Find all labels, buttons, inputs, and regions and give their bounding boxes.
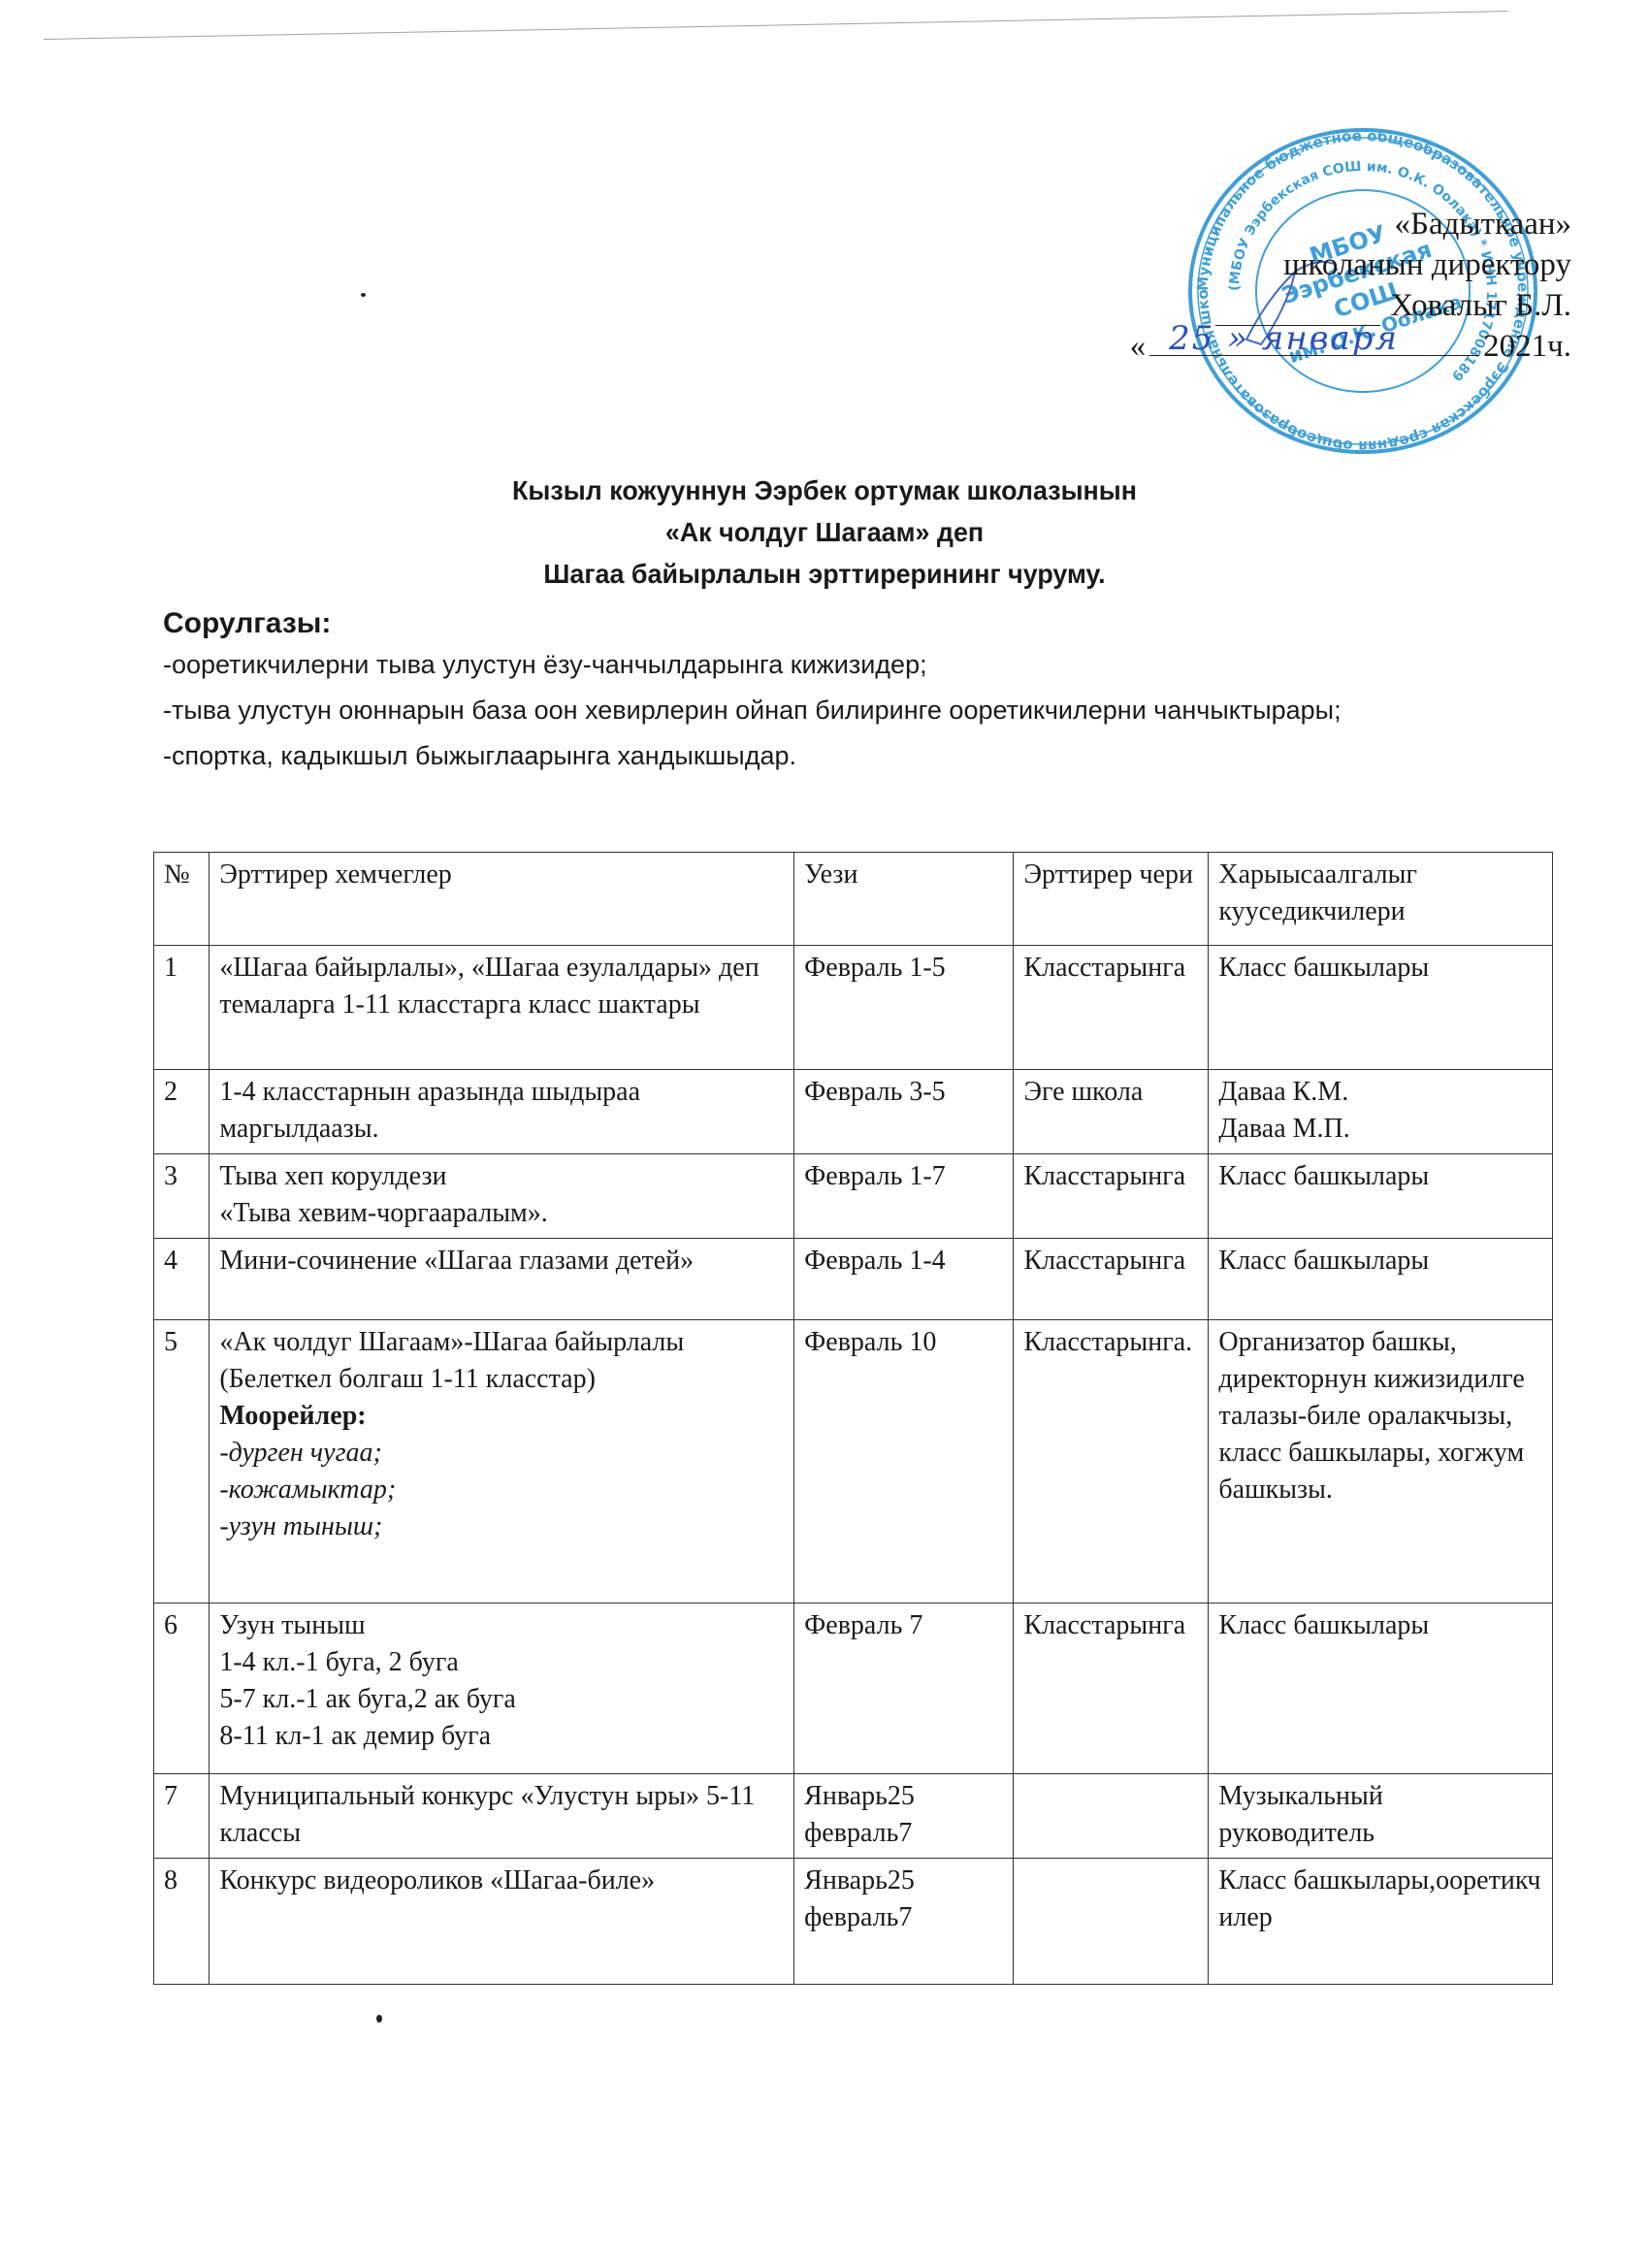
goal-item: -спортка, кадыкшыл быжыглаарынга хандыкш… (163, 735, 1521, 776)
approval-date: « 25 » января 2021ч. (1130, 326, 1571, 367)
responsible-cell: Класс башкылары (1209, 1604, 1553, 1774)
handwritten-date: 25 » января (1169, 318, 1399, 359)
header-event: Эрттирер хемчеглер (210, 853, 794, 946)
event-cell: Узун тыныш 1-4 кл.-1 буга, 2 буга 5-7 кл… (210, 1604, 794, 1774)
goal-item: -ооретикчилерни тыва улустун ёзу-чанчылд… (163, 644, 1521, 685)
responsible-cell: Класс башкылары,ооретикчилер (1209, 1859, 1553, 1985)
header-num: № (154, 853, 210, 946)
approval-status: «Бадыткаан» (1130, 204, 1571, 244)
goals-section: Сорулгазы: -ооретикчилерни тыва улустун … (163, 603, 1521, 776)
event-cell: Конкурс видеороликов «Шагаа-биле» (210, 1859, 794, 1985)
table-row: 5 «Ак чолдуг Шагаам»-Шагаа байырлалы (Бе… (154, 1320, 1553, 1604)
subitem: -дурген чугаа; (219, 1435, 786, 1472)
date-cell: Февраль 3-5 (794, 1070, 1014, 1154)
table-row: 8 Конкурс видеороликов «Шагаа-биле» Янва… (154, 1859, 1553, 1985)
scan-artifact-line (44, 11, 1508, 40)
responsible-cell: Организатор башкы, директорнун кижизидил… (1209, 1320, 1553, 1604)
date-blank: 25 » января (1149, 326, 1479, 356)
event-cell: Мини-сочинение «Шагаа глазами детей» (210, 1239, 794, 1320)
table-row: 3 Тыва хеп корулдези «Тыва хевим-чоргаар… (154, 1154, 1553, 1239)
event-cell: «Шагаа байырлалы», «Шагаа езулалдары» де… (210, 946, 794, 1070)
event-cell: 1-4 класстарнын аразында шыдыраа маргылд… (210, 1070, 794, 1154)
date-cell: Февраль 1-7 (794, 1154, 1014, 1239)
subitem: -узун тыныш; (219, 1508, 786, 1545)
table-header-row: № Эрттирер хемчеглер Уези Эрттирер чери … (154, 853, 1553, 946)
responsible-cell: Класс башкылары (1209, 1239, 1553, 1320)
approval-position: школанын директору (1130, 244, 1571, 285)
approval-block: «Бадыткаан» школанын директору Ховалыг Б… (1130, 204, 1571, 367)
responsible-cell: Класс башкылары (1209, 1154, 1553, 1239)
scan-speck (361, 293, 366, 297)
date-cell: Февраль 1-5 (794, 946, 1014, 1070)
event-plan-table: № Эрттирер хемчеглер Уези Эрттирер чери … (153, 852, 1553, 1985)
title-line-2: «Ак чолдуг Шагаам» деп (33, 511, 1616, 553)
date-cell: Январь25 февраль7 (794, 1774, 1014, 1859)
table-row: 2 1-4 класстарнын аразында шыдыраа маргы… (154, 1070, 1553, 1154)
event-cell: «Ак чолдуг Шагаам»-Шагаа байырлалы (Беле… (210, 1320, 794, 1604)
scan-speck (376, 2015, 382, 2023)
place-cell: Эге школа (1014, 1070, 1209, 1154)
place-cell: Класстарынга (1014, 1239, 1209, 1320)
date-cell: Февраль 1-4 (794, 1239, 1014, 1320)
date-cell: Февраль 7 (794, 1604, 1014, 1774)
header-responsible: Харыысаалгалыг кууседикчилери (1209, 853, 1553, 946)
date-cell: Февраль 10 (794, 1320, 1014, 1604)
table-row: 7 Муниципальный конкурс «Улустун ыры» 5-… (154, 1774, 1553, 1859)
event-cell: Тыва хеп корулдези «Тыва хевим-чоргаарал… (210, 1154, 794, 1239)
title-line-3: Шагаа байырлалын эрттирерининг чуруму. (33, 553, 1616, 595)
responsible-cell: Музыкальный руководитель (1209, 1774, 1553, 1859)
place-cell: Класстарынга (1014, 946, 1209, 1070)
date-cell: Январь25 февраль7 (794, 1859, 1014, 1985)
place-cell (1014, 1774, 1209, 1859)
table-row: 4 Мини-сочинение «Шагаа глазами детей» Ф… (154, 1239, 1553, 1320)
subheading: Моорейлер: (219, 1398, 786, 1435)
responsible-cell: Класс башкылары (1209, 946, 1553, 1070)
place-cell: Класстарынга (1014, 1604, 1209, 1774)
place-cell: Класстарынга (1014, 1154, 1209, 1239)
place-cell (1014, 1859, 1209, 1985)
event-cell: Муниципальный конкурс «Улустун ыры» 5-11… (210, 1774, 794, 1859)
subitem: -кожамыктар; (219, 1472, 786, 1508)
header-place: Эрттирер чери (1014, 853, 1209, 946)
table-row: 6 Узун тыныш 1-4 кл.-1 буга, 2 буга 5-7 … (154, 1604, 1553, 1774)
goals-heading: Сорулгазы: (163, 603, 1521, 644)
table-row: 1 «Шагаа байырлалы», «Шагаа езулалдары» … (154, 946, 1553, 1070)
document-title: Кызыл кожууннун Ээрбек ортумак школазыны… (33, 470, 1616, 595)
header-date: Уези (794, 853, 1014, 946)
title-line-1: Кызыл кожууннун Ээрбек ортумак школазыны… (33, 470, 1616, 511)
place-cell: Класстарынга. (1014, 1320, 1209, 1604)
responsible-cell: Даваа К.М. Даваа М.П. (1209, 1070, 1553, 1154)
goal-item: -тыва улустун оюннарын база оон хевирлер… (163, 685, 1521, 735)
